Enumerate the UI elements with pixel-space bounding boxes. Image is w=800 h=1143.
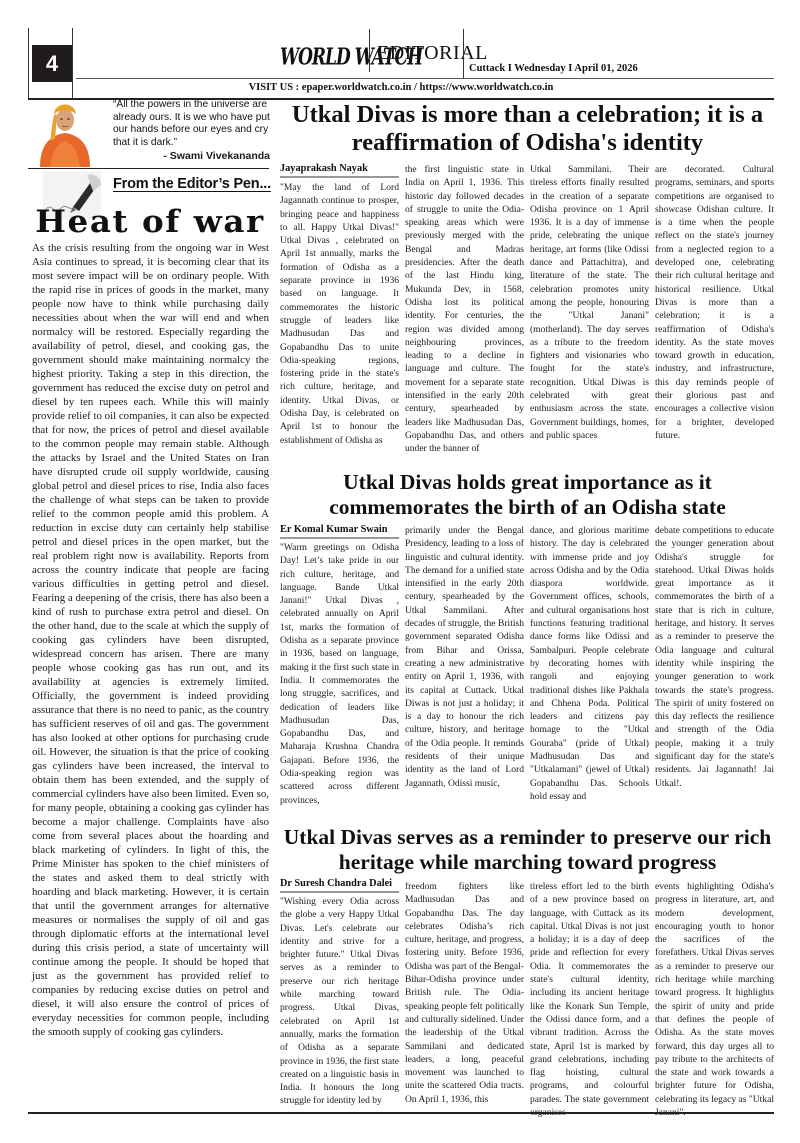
article-column: are decorated. Cultural programs, semina… (655, 163, 774, 466)
article-column: tireless effort led to the birth of a ne… (530, 880, 649, 1105)
editorial-title: Heat of war (24, 204, 276, 240)
article-byline: Er Komal Kumar Swain (280, 524, 399, 539)
masthead-divider (369, 29, 370, 72)
page-number: 4 (32, 45, 72, 82)
article-headline: Utkal Divas is more than a celebration; … (275, 101, 780, 157)
masthead-rule (76, 78, 774, 79)
editor-pen-label: From the Editor’s Pen... (113, 176, 271, 192)
quote-author: - Swami Vivekananda (113, 150, 270, 162)
article-column: "May the land of Lord Jagannath continue… (280, 181, 399, 466)
article-headline: Utkal Divas serves as a reminder to pres… (275, 825, 780, 874)
editorial-body: As the crisis resulting from the ongoing… (32, 241, 269, 1039)
article-column: "Wishing every Odia across the globe a v… (280, 895, 399, 1105)
article-byline: Jayaprakash Nayak (280, 163, 399, 178)
article-column: freedom fighters like Madhusudan Das and… (405, 880, 524, 1105)
quote-text: “All the powers in the universe are alre… (113, 99, 270, 150)
article-column: dance, and glorious maritime history. Th… (530, 524, 649, 826)
masthead-divider (463, 29, 464, 78)
dateline: Cuttack I Wednesday I April 01, 2026 (469, 63, 638, 74)
article-column: debate competitions to educate the young… (655, 524, 774, 826)
swami-vivekananda-portrait-icon (36, 97, 94, 167)
article-headline: Utkal Divas holds great importance as it… (275, 470, 780, 519)
divider (28, 168, 269, 169)
divider (280, 98, 774, 100)
divider (28, 1112, 774, 1114)
section-title: EDITORIAL (377, 42, 488, 65)
article-byline: Dr Suresh Chandra Dalei (280, 878, 399, 893)
masthead: 4 WORLD WATCH EDITORIAL Cuttack I Wednes… (28, 28, 774, 99)
visit-links[interactable]: VISIT US : epaper.worldwatch.co.in / htt… (28, 82, 774, 93)
article-column: "Warm greetings on Odisha Day! Let’s tak… (280, 541, 399, 826)
article-column: events highlighting Odisha's progress in… (655, 880, 774, 1105)
article-column: the first linguistic state in India on A… (405, 163, 524, 466)
article-column: primarily under the Bengal Presidency, l… (405, 524, 524, 826)
article-column: Utkal Sammilani. Their tireless efforts … (530, 163, 649, 466)
